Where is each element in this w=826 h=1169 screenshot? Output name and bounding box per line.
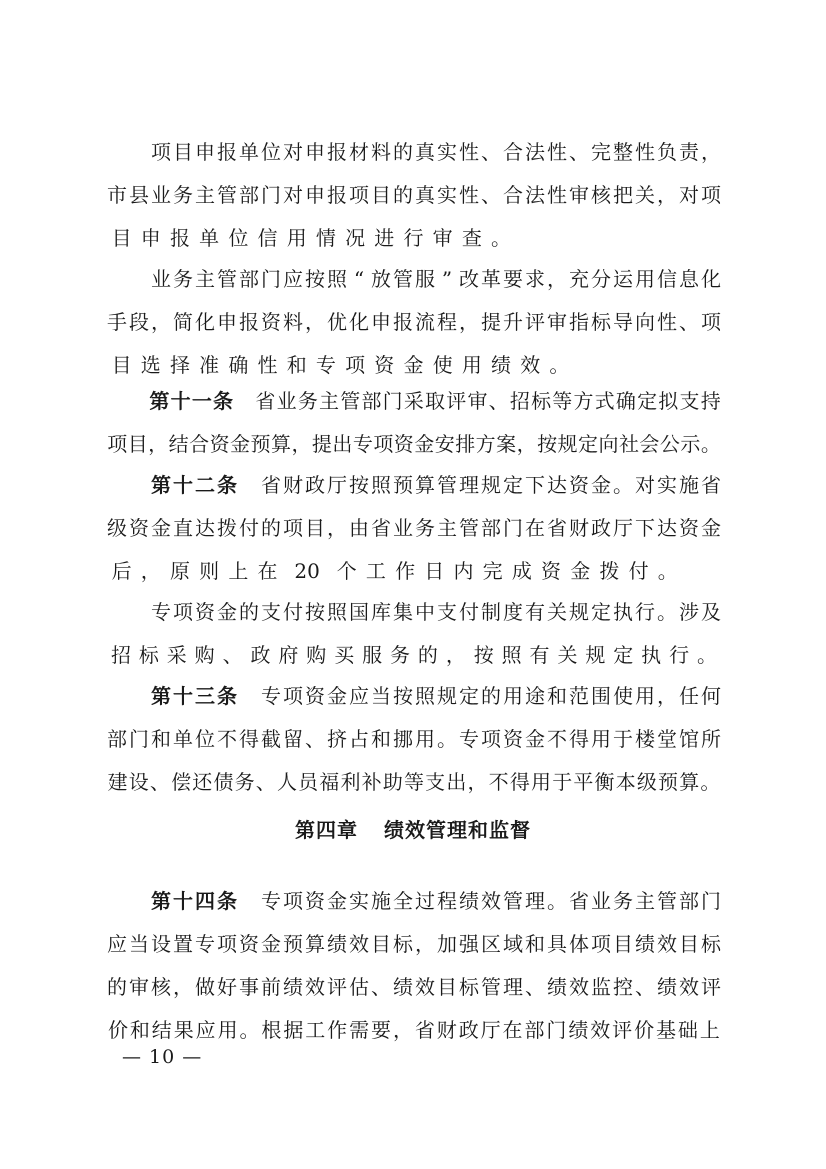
char: 拟 [658, 386, 678, 416]
char: 理 [525, 886, 545, 916]
char: 管 [217, 264, 237, 294]
char: 占 [349, 724, 369, 754]
char: 门 [129, 724, 149, 754]
char: 主 [195, 264, 215, 294]
document-page: 项目申报单位对申报材料的真实性、合法性、完整性负责，市县业务主管部门对申报项目的… [0, 0, 826, 1169]
char: 定 [503, 470, 523, 500]
char: 目 [371, 180, 391, 210]
text-line: 招标采购、政府购买服务的，按照有关规定执行。 [107, 640, 721, 670]
char: 料 [371, 137, 391, 167]
char: 算 [415, 470, 435, 500]
char: 。 [486, 223, 515, 253]
char: 申 [305, 137, 325, 167]
page-number: — 10 — [122, 1044, 202, 1070]
char: 服 [358, 640, 386, 670]
char: 料 [283, 307, 303, 337]
char: 绩 [459, 886, 479, 916]
text-line: 目申报单位信用情况进行审查。 [107, 223, 721, 253]
char: 公 [660, 429, 680, 459]
char: 得 [569, 724, 589, 754]
char: 金 [414, 429, 434, 459]
char: 达 [657, 513, 677, 543]
text-line: 第十三条 专项资金应当按照规定的用途和范围使用，任何 [107, 681, 721, 711]
char: 和 [547, 681, 567, 711]
char: ， [327, 513, 347, 543]
char: 关 [554, 640, 582, 670]
char: 业 [151, 180, 171, 210]
char: 成 [507, 556, 536, 586]
char: 价 [633, 1015, 655, 1045]
char: 务 [173, 264, 193, 294]
char: 支 [679, 386, 699, 416]
char: 、 [679, 307, 699, 337]
char: 评 [327, 972, 347, 1002]
char: 、 [255, 767, 276, 797]
char: 置 [173, 929, 193, 959]
char: 由 [349, 513, 369, 543]
article-label-char: 一 [192, 386, 212, 416]
char: 作 [391, 556, 420, 586]
char: 过 [415, 886, 435, 916]
char: 按 [305, 597, 325, 627]
char: 核 [151, 972, 171, 1002]
char: 务 [234, 767, 255, 797]
char: 程 [437, 307, 457, 337]
char: 厅 [480, 1015, 502, 1045]
char: 项 [107, 429, 127, 459]
char: 实 [349, 886, 369, 916]
char: “ [349, 264, 369, 294]
char: 金 [217, 597, 237, 627]
char: 评 [525, 307, 545, 337]
char: 照 [415, 681, 435, 711]
char: 好 [217, 972, 237, 1002]
char: 金 [230, 429, 250, 459]
char: 择 [165, 350, 194, 380]
char: 对 [283, 137, 303, 167]
char: 政 [458, 1015, 480, 1045]
char: ， [547, 264, 567, 294]
char: 照 [327, 597, 347, 627]
char: 和 [282, 350, 311, 380]
char: 用 [635, 681, 655, 711]
char: 性 [459, 180, 479, 210]
char: 资 [503, 724, 523, 754]
char: 用 [635, 264, 655, 294]
char: 审 [129, 972, 149, 1002]
char: 付 [239, 513, 259, 543]
char: 效 [481, 886, 501, 916]
char: ， [136, 556, 165, 586]
char: 有 [526, 640, 554, 670]
char: 性 [253, 350, 282, 380]
char: 报 [165, 223, 194, 253]
char: 业 [151, 264, 171, 294]
char [107, 886, 127, 916]
chapter-title: 绩效管理和监督 [384, 818, 531, 842]
char: 目 [173, 137, 193, 167]
text-line: 建设、偿还债务、人员福利补助等支出，不得用于平衡本级预算。 [107, 767, 721, 797]
char: 目 [305, 513, 325, 543]
article-label-char: 二 [195, 470, 215, 500]
char: 优 [327, 307, 347, 337]
char: 域 [503, 929, 523, 959]
char: 安 [435, 429, 455, 459]
char: 。 [693, 640, 721, 670]
char [107, 137, 127, 167]
char: 建 [107, 767, 128, 797]
char: 应 [107, 929, 127, 959]
article-label-char: 第 [151, 886, 171, 916]
char: 使 [428, 350, 457, 380]
char: 申 [305, 180, 325, 210]
char: 作 [326, 1015, 348, 1045]
char [107, 470, 127, 500]
char: 当 [371, 681, 391, 711]
char: 堂 [657, 724, 677, 754]
char: 项 [349, 180, 369, 210]
char: 省 [371, 513, 391, 543]
char [107, 597, 127, 627]
char: 设 [151, 929, 171, 959]
char: 部 [524, 1015, 546, 1045]
char [107, 264, 127, 294]
char: 化 [701, 264, 721, 294]
char: 当 [129, 929, 149, 959]
char: 实 [657, 470, 677, 500]
char: 主 [195, 180, 215, 210]
char: 整 [613, 137, 633, 167]
char: 购 [191, 640, 219, 670]
char: 个 [332, 556, 361, 586]
char: 查 [457, 223, 486, 253]
char: 进 [370, 223, 399, 253]
char: 拨 [595, 556, 624, 586]
char: ， [415, 929, 435, 959]
article-label-char: 条 [217, 886, 237, 916]
char: ， [151, 307, 171, 337]
char: 县 [129, 180, 149, 210]
char: 选 [136, 350, 165, 380]
char: 用 [282, 223, 311, 253]
char: 位 [195, 724, 215, 754]
char: 规 [437, 681, 457, 711]
char: 定 [591, 597, 611, 627]
char: 级 [636, 767, 657, 797]
text-line: 后，原则上在20个工作日内完成资金拨付。 [107, 556, 721, 586]
char: 规 [569, 597, 589, 627]
char: 式 [595, 386, 615, 416]
char: 项 [151, 137, 171, 167]
char: 日 [420, 556, 449, 586]
char: 合 [189, 429, 209, 459]
char: 绩 [283, 972, 303, 1002]
char: 报 [393, 307, 413, 337]
char: 资 [209, 429, 229, 459]
char: 项 [217, 929, 237, 959]
char: 础 [677, 1015, 699, 1045]
char: 性 [547, 180, 567, 210]
char: 化 [349, 307, 369, 337]
char: 。 [437, 724, 457, 754]
char: 门 [383, 386, 403, 416]
char: 申 [371, 307, 391, 337]
char: 用 [457, 350, 486, 380]
char: 省 [261, 470, 281, 500]
char: 在 [253, 556, 282, 586]
char: 按 [470, 640, 498, 670]
char: 强 [459, 929, 479, 959]
char: 资 [569, 470, 589, 500]
char: 申 [136, 223, 165, 253]
char: 利 [340, 767, 361, 797]
char: 资 [195, 597, 215, 627]
char: 照 [371, 470, 391, 500]
char: 、 [635, 972, 655, 1002]
char: 项 [481, 724, 501, 754]
char: 和 [525, 929, 545, 959]
char: 的 [481, 681, 501, 711]
char: 取 [425, 386, 445, 416]
char: 金 [566, 556, 595, 586]
char: ， [516, 429, 536, 459]
char: 设 [128, 767, 149, 797]
char: 流 [415, 307, 435, 337]
char: 政 [591, 513, 611, 543]
char: 预 [657, 767, 678, 797]
char: 真 [415, 180, 435, 210]
char: 对 [679, 180, 699, 210]
char: 中 [415, 597, 435, 627]
char: 和 [129, 1015, 151, 1045]
char [129, 597, 149, 627]
char [234, 386, 254, 416]
char: 照 [498, 640, 526, 670]
char: 导 [613, 307, 633, 337]
char: 专 [261, 886, 281, 916]
char: ” [437, 264, 457, 294]
char: 福 [319, 767, 340, 797]
char: 预 [283, 929, 303, 959]
char: 得 [509, 767, 530, 797]
char: 前 [261, 972, 281, 1002]
char: 招 [107, 640, 135, 670]
char: 对 [283, 180, 303, 210]
char: 下 [525, 470, 545, 500]
char: 等 [403, 767, 424, 797]
char [239, 681, 259, 711]
char: 务 [386, 640, 414, 670]
char: 金 [327, 681, 347, 711]
char: 把 [613, 180, 633, 210]
char: 不 [547, 724, 567, 754]
char: 付 [459, 597, 479, 627]
char: 资 [305, 886, 325, 916]
char: 专 [195, 929, 215, 959]
char: 主 [319, 386, 339, 416]
char: 项 [373, 429, 393, 459]
char: 业 [591, 886, 611, 916]
char [107, 681, 127, 711]
char: 专 [459, 724, 479, 754]
char: 用 [530, 767, 551, 797]
char: 后 [107, 556, 136, 586]
char: 排 [455, 429, 475, 459]
text-line: 价和结果应用。根据工作需要，省财政厅在部门绩效评价基础上 [107, 1015, 721, 1045]
char: 充 [569, 264, 589, 294]
char: 施 [679, 470, 699, 500]
char: 法 [525, 137, 545, 167]
char: 简 [173, 307, 193, 337]
char: 市 [107, 180, 127, 210]
char: 项 [283, 681, 303, 711]
char: 向 [598, 429, 618, 459]
char: 定 [459, 681, 479, 711]
char: ， [701, 137, 721, 167]
char: 助 [382, 767, 403, 797]
char: 下 [635, 513, 655, 543]
char: 、 [569, 137, 589, 167]
char: 绩 [547, 972, 567, 1002]
char: ， [459, 307, 479, 337]
char: 需 [348, 1015, 370, 1045]
char: 方 [475, 429, 495, 459]
char: 财 [283, 470, 303, 500]
char: 门 [261, 180, 281, 210]
char: 按 [537, 429, 557, 459]
char: 拨 [217, 513, 237, 543]
text-line: 第十一条 省业务主管部门采取评审、招标等方式确定拟支持 [107, 386, 721, 416]
char: 、 [525, 972, 545, 1002]
char: 绩 [657, 972, 677, 1002]
char: ， [442, 640, 470, 670]
char: 项 [591, 929, 611, 959]
char: 监 [591, 972, 611, 1002]
char: 于 [613, 724, 633, 754]
char: 准 [195, 350, 224, 380]
char: 管 [459, 513, 479, 543]
char: 省 [547, 513, 567, 543]
char: 放 [371, 264, 391, 294]
char: 项 [701, 307, 721, 337]
char: 专 [311, 350, 340, 380]
char: 要 [503, 264, 523, 294]
char: 示 [680, 429, 700, 459]
char: 完 [478, 556, 507, 586]
char: 单 [239, 137, 259, 167]
char: 管 [437, 470, 457, 500]
char: 目 [107, 350, 136, 380]
char: 务 [415, 513, 435, 543]
char: 性 [547, 137, 567, 167]
char: 资 [679, 513, 699, 543]
char [129, 264, 149, 294]
char: 确 [616, 386, 636, 416]
char: 招 [510, 386, 530, 416]
char: 法 [525, 180, 545, 210]
char: 提 [312, 429, 332, 459]
char: 效 [589, 1015, 611, 1045]
char: 直 [173, 513, 193, 543]
char: 报 [217, 137, 237, 167]
char: 范 [569, 681, 589, 711]
text-line: 第十二条 省财政厅按照预算管理规定下达资金。对实施省 [107, 470, 721, 500]
char: 行 [635, 597, 655, 627]
char: 平 [573, 767, 594, 797]
char: 标 [591, 307, 611, 337]
char: 资 [370, 350, 399, 380]
char: 业 [277, 386, 297, 416]
char: 本 [615, 767, 636, 797]
char: 政 [305, 470, 325, 500]
char: 财 [436, 1015, 458, 1045]
char: 门 [503, 513, 523, 543]
char: 升 [503, 307, 523, 337]
article-label-char: 第 [151, 681, 171, 711]
article-label-char: 十 [173, 681, 193, 711]
char: 库 [371, 597, 391, 627]
char: 则 [195, 556, 224, 586]
char: ， [148, 429, 168, 459]
char: 得 [239, 724, 259, 754]
char: 采 [404, 386, 424, 416]
char: 申 [217, 307, 237, 337]
char: 金 [399, 350, 428, 380]
char: 持 [701, 386, 721, 416]
article-label-char: 条 [217, 470, 237, 500]
char: 涉 [679, 597, 699, 627]
char: 。 [547, 886, 567, 916]
char: 。 [613, 470, 633, 500]
char: 用 [217, 1015, 239, 1045]
char: 预 [250, 429, 270, 459]
char: 用 [503, 681, 523, 711]
char: 主 [635, 886, 655, 916]
char: 专 [151, 597, 171, 627]
char: 支 [425, 767, 446, 797]
char: 、 [371, 972, 391, 1002]
char: 门 [261, 264, 281, 294]
char: 付 [624, 556, 653, 586]
char: 会 [639, 429, 659, 459]
char: 单 [173, 724, 193, 754]
char: 执 [637, 640, 665, 670]
article-label-char: 三 [195, 681, 215, 711]
char: 偿 [171, 767, 192, 797]
char: 定 [578, 429, 598, 459]
char: 绩 [486, 350, 515, 380]
char: 达 [195, 513, 215, 543]
char: 照 [327, 264, 347, 294]
char: 、 [489, 386, 509, 416]
article-label-char: 十 [173, 886, 193, 916]
char: 效 [305, 972, 325, 1002]
char: 衡 [594, 767, 615, 797]
char: 目 [371, 929, 391, 959]
char: 服 [415, 264, 435, 294]
text-line: 第十四条 专项资金实施全过程绩效管理。省业务主管部门 [107, 886, 721, 916]
char: 改 [459, 264, 479, 294]
char: 级 [107, 513, 127, 543]
char: 信 [657, 264, 677, 294]
char: 化 [195, 307, 215, 337]
char [129, 681, 149, 711]
char: 评 [446, 386, 466, 416]
char: 资 [239, 929, 259, 959]
char: 价 [107, 1015, 129, 1045]
char: 按 [349, 470, 369, 500]
char: 专 [353, 429, 373, 459]
